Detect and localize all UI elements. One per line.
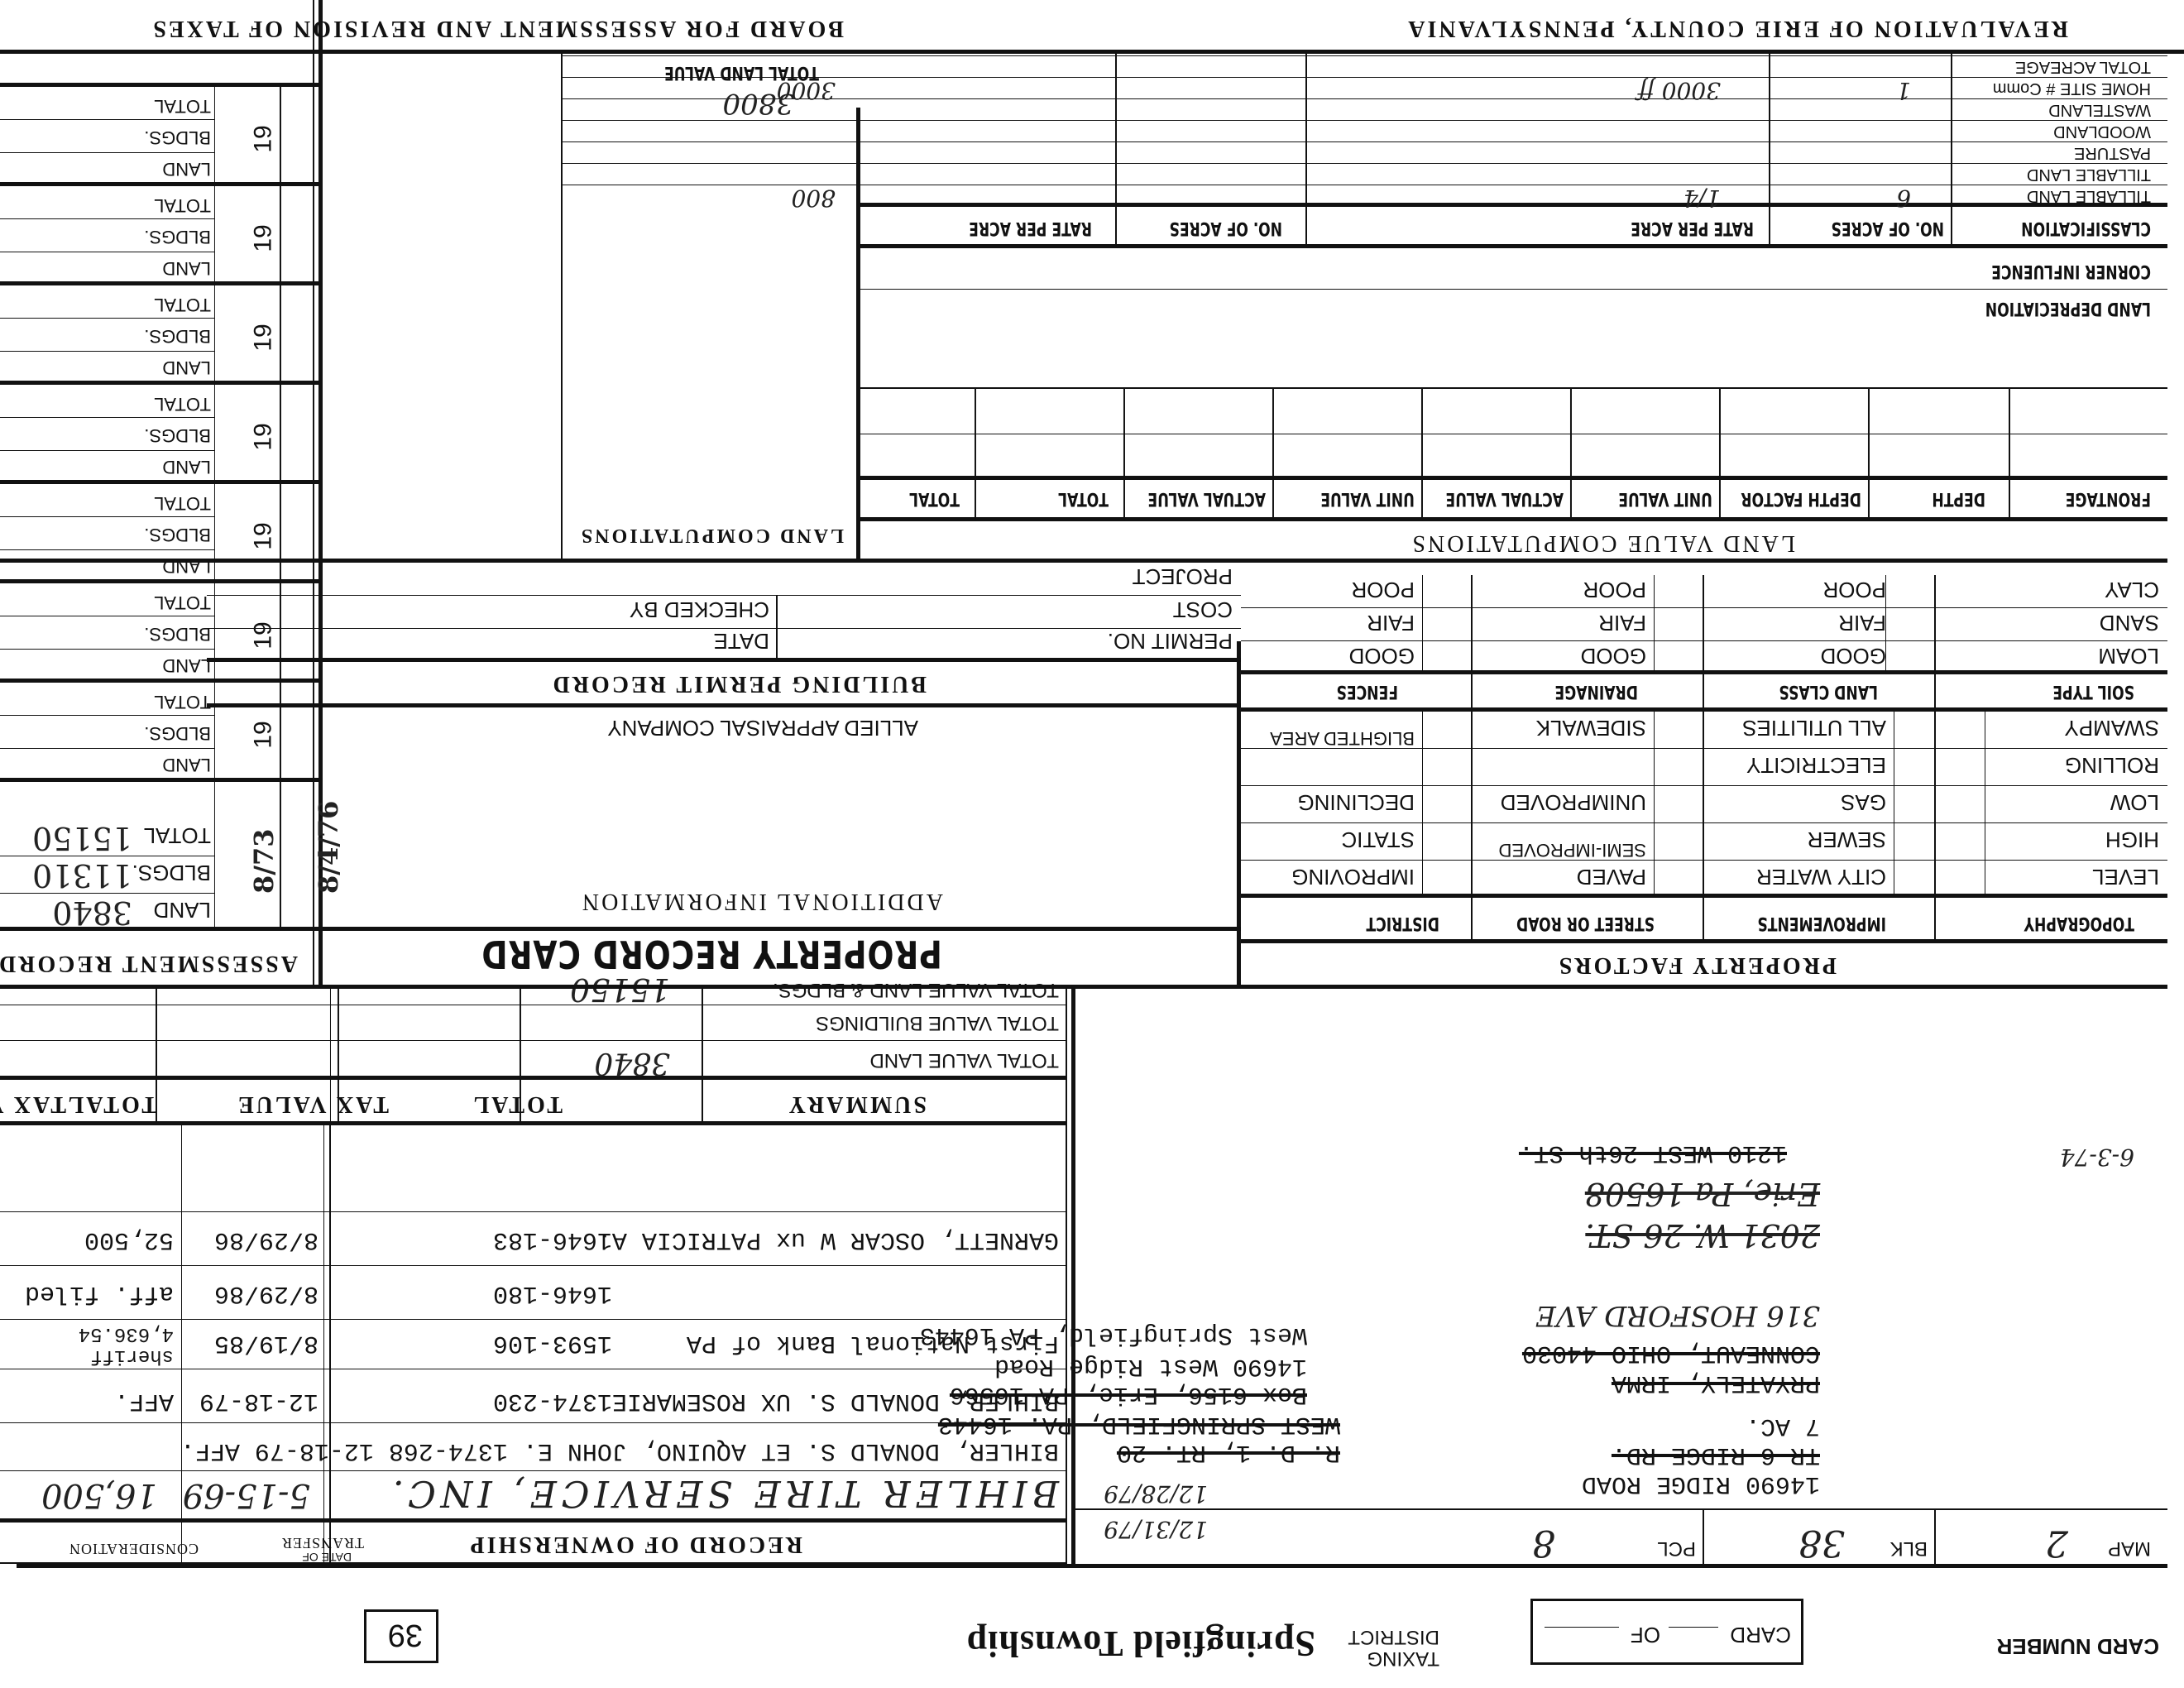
factor-col-district: DISTRICT [1366,913,1439,933]
land-depreciation-label: LAND DEPRECIATION [1985,298,2151,319]
address-line: 316 HOSFORD AVE [1535,1299,1820,1332]
blk-value: 38 [1798,1522,1845,1564]
district-label: DISTRICT [1348,1625,1439,1648]
col-unit-value-2: UNIT VALUE [1320,488,1415,509]
taxing-district-value: Springfield Township [966,1623,1315,1665]
summary-row-label: TOTAL VALUE LAND [869,1048,1059,1072]
card-number-label: CARD NUMBER [1997,1633,2159,1659]
appraisal-company: ALLIED APPRAISAL COMPANY [607,715,918,741]
land-class-poor[interactable]: POOR [1822,577,1886,602]
owner-date: 8/29/86 [214,1225,318,1254]
assessment-total-value: 15150 [32,820,132,856]
factor-blighted-area[interactable]: BLIGHTED AREA [1249,729,1415,747]
acreage-row-acres: 6 [1896,185,1911,212]
factor-unimproved[interactable]: UNIMPROVED [1501,789,1646,815]
map-label: MAP [2108,1537,2151,1560]
acreage-row-rate: 3000 ff [1638,77,1721,104]
owner-date: 5-15-69 [183,1476,310,1514]
assessment-row-label: TOTAL [154,294,211,315]
factor-electricity[interactable]: ELECTRICITY [1746,752,1886,778]
page-number-box: 39 [364,1609,438,1663]
assessment-row-label: TOTAL [154,95,211,117]
date-of-label: DATE OF [302,1551,352,1564]
revaluation-title: REVALUATION OF ERIE COUNTY, PENNSYLVANIA [1406,15,2068,41]
assessment-row-label: LAND [162,655,211,676]
owner-name: BIHLER, DONALD S. ET AQUINO, JOHN E. 137… [180,1436,1059,1465]
property-factors-title: PROPERTY FACTORS [1557,952,1837,978]
col-unit-value: UNIT VALUE [1618,488,1712,509]
factor-level[interactable]: LEVEL [2092,864,2159,890]
owner-consideration: sheriff 4,636.54 [8,1322,174,1367]
drainage-fair[interactable]: FAIR [1598,610,1646,635]
assessment-row-label: TOTAL [154,393,211,415]
col-total: TOTAL [1058,488,1109,509]
address-line: PRYATELY, IRMA [1612,1369,1820,1397]
factor-loam[interactable]: LOAM [2098,643,2159,669]
factor-declining[interactable]: DECLINING [1297,789,1415,815]
col-classification: CLASSIFICATION [2021,218,2151,238]
summary-row-label: TOTAL VALUE BUILDINGS [816,1011,1059,1034]
assessment-row-label: TOTAL [154,691,211,712]
factor-semi-improved[interactable]: SEMI-IMPROVED [1481,841,1646,859]
assessment-row-label: TOTAL [154,194,211,216]
permit-project-label: PROJECT [1133,563,1233,589]
acreage-row-acres: 1 [1896,77,1911,104]
factor-sewer[interactable]: SEWER [1808,827,1886,852]
assessment-row-label: BLDGS. [144,226,211,247]
map-value: 2 [2045,1522,2068,1564]
col-actual-value: ACTUAL VALUE [1445,488,1564,509]
col-no-of-acres: NO. OF ACRES [1831,218,1944,238]
factor-all-utilities[interactable]: ALL UTILITIES [1742,715,1886,741]
land-computations-label: LAND COMPUTATIONS [579,524,844,546]
assessment-year: 8/73 [248,829,280,894]
land-value-computations-title: LAND VALUE COMPUTATIONS [1410,530,1795,556]
owner-consideration: 16,500 [41,1476,157,1514]
owner-consideration: 52,500 [84,1225,174,1254]
acreage-row-label: WOODLAND [2053,122,2151,141]
acreage-row-label: HOME SITE # Comm [1993,79,2151,98]
factor-low[interactable]: LOW [2110,789,2159,815]
address-line: 2031 W. 26 ST. [1585,1217,1820,1254]
summary-col-total: TOTAL [472,1091,563,1117]
factor-static[interactable]: STATIC [1341,827,1415,852]
assessment-stamp: 8/4/76 [313,801,344,894]
factor-sidewalk[interactable]: SIDEWALK [1536,715,1646,741]
building-permit-title: BUILDING PERMIT RECORD [551,670,927,697]
address-date: 12/28/79 [1104,1480,1208,1508]
additional-info-title: ADDITIONAL INFORMATION [580,888,943,914]
assessment-year-prefix: 19 [249,423,277,450]
total-land-value: 3800 [722,87,794,120]
summary-row-label: TOTAL VALUE LAND & BLDGS. [773,978,1059,1001]
card-of-box: CARD OF [1530,1599,1803,1665]
pcl-value: 8 [1532,1522,1555,1564]
assessment-row-label: BLDGS. [144,524,211,545]
assessment-row-label: BLDGS. [144,722,211,744]
address-line: 1210 WEST 26th ST. [1519,1139,1787,1167]
summary-col-tax: TAX VALUE [236,1091,389,1117]
total-land-value-label: TOTAL LAND VALUE [664,62,819,83]
summary-row-total: 15150 [570,971,670,1008]
acreage-row-label: WASTELAND [2048,100,2151,119]
owner-deed: 1374-230 [493,1387,612,1415]
acreage-row-label: TILLABLE LAND [2027,186,2151,205]
assessment-year-prefix: 19 [249,324,277,351]
assessment-bldgs-label: BLDGS. [132,860,211,885]
property-record-card: CARD NUMBER CARD OF TAXING DISTRICT Spri… [0,0,2184,1688]
blk-label: BLK [1890,1537,1928,1560]
drainage-poor[interactable]: POOR [1583,577,1646,602]
assessment-row-label: BLDGS. [144,623,211,645]
assessment-year-prefix: 19 [249,224,277,252]
factor-swampy[interactable]: SWAMPY [2064,715,2159,741]
pcl-label: PCL [1657,1537,1696,1560]
permit-no-label: PERMIT NO. [1108,628,1233,654]
assessment-title: ASSESSMENT RECORD [0,950,298,976]
assessment-total-label: TOTAL [144,822,211,848]
transfer-label: TRANSFER [281,1534,364,1551]
permit-date-label: DATE [714,628,769,654]
ownership-title: RECORD OF OWNERSHIP [468,1531,802,1557]
fences-poor[interactable]: POOR [1351,577,1415,602]
acreage-row-rate: 1/4 [1683,185,1721,212]
factor-rolling[interactable]: ROLLING [2065,752,2159,778]
acreage-row-label: TILLABLE LAND [2027,165,2151,184]
assessment-row-label: LAND [162,456,211,477]
assessment-bldgs-value: 11310 [32,857,132,894]
owner-name: BIHLER TIRE SERVICE, INC. [388,1472,1059,1514]
board-title: BOARD FOR ASSESSMENT AND REVISION OF TAX… [151,15,844,41]
land-class-good[interactable]: GOOD [1821,643,1886,669]
factor-col-land-class: LAND CLASS [1779,681,1878,702]
assessment-row-label: TOTAL [154,592,211,613]
permit-cost-label: COST [1173,597,1233,622]
acreage-row-label: TOTAL ACREAGE [2015,57,2151,76]
assessment-year-prefix: 19 [249,721,277,748]
fences-good[interactable]: GOOD [1349,643,1415,669]
owner-date: 8/19/85 [214,1329,318,1357]
acreage-row-value: 800 [792,185,836,212]
assessment-land-value: 3840 [52,894,132,931]
permit-checked-by-label: CHECKED BY [630,597,769,622]
assessment-row-label: LAND [162,754,211,775]
col-frontage: FRONTAGE [2066,488,2151,509]
owner-date: 8/29/86 [214,1279,318,1307]
factor-col-fences: FENCES [1337,681,1398,702]
factor-sand[interactable]: SAND [2100,610,2159,635]
address-date: 12/31/79 [1104,1516,1208,1543]
owner-name: GARNETT, OSCAR W ux PATRICIA A. [597,1225,1059,1254]
factor-clay[interactable]: CLAY [2105,577,2159,602]
address-line: TR 6 RIDGE RD. [1612,1441,1820,1469]
summary-col-tax-2: TAX VALUE [0,1091,66,1117]
factor-city-water[interactable]: CITY WATER [1756,864,1886,890]
col-total-2: TOTAL [909,488,960,509]
owner-date: 12-18-79 [199,1387,318,1415]
of-label: OF [1631,1622,1660,1647]
assessment-row-label: LAND [162,257,211,279]
assessment-row-label: TOTAL [154,492,211,514]
address-line: CONNEAUT, OHIO 44030 [1522,1339,1820,1367]
owner-consideration: AFF. [114,1387,174,1415]
col-no-of-acres-2: NO. OF ACRES [1169,218,1282,238]
owner-deed: 1646-183 [493,1225,612,1254]
address-line: Erie, Pa 16508 [1585,1176,1820,1212]
col-rate-per-acre: RATE PER ACRE [1631,218,1754,238]
assessment-row-label: LAND [162,357,211,378]
assessment-year-prefix: 19 [249,522,277,549]
acreage-row-label: PASTURE [2074,143,2151,162]
factor-high[interactable]: HIGH [2105,827,2159,852]
factor-col-improvements: IMPROVEMENTS [1757,913,1886,933]
owner-name: BIHLER, DONALD S. UX ROSEMARIE [612,1387,1059,1415]
address-line: R. D. 1, RT. 20 [1117,1438,1340,1466]
address-line: 14690 RIDGE ROAD [1582,1470,1820,1498]
card-label: CARD [1730,1622,1791,1647]
factor-col-topography: TOPOGRAPHY [2024,913,2134,933]
summary-title: SUMMARY [787,1091,927,1117]
factor-gas[interactable]: GAS [1841,789,1886,815]
factor-col-soil: SOIL TYPE [2052,681,2134,702]
drainage-good[interactable]: GOOD [1581,643,1646,669]
assessment-row-label: BLDGS. [144,127,211,148]
page-number: 39 [388,1617,423,1652]
address-date: 6-3-74 [2060,1144,2134,1171]
owner-deed: 1593-106 [493,1329,612,1357]
taxing-label: TAXING [1367,1647,1439,1670]
col-actual-value-2: ACTUAL VALUE [1147,488,1266,509]
factor-improving[interactable]: IMPROVING [1291,864,1415,890]
factor-col-drainage: DRAINAGE [1554,681,1638,702]
owner-deed: 1646-180 [493,1279,612,1307]
owner-name: First National Bank of PA [687,1329,1059,1357]
address-line: 7 AC. [1746,1412,1820,1440]
card-title: PROPERTY RECORD CARD [481,932,941,976]
col-depth: DEPTH [1932,488,1985,509]
land-class-fair[interactable]: FAIR [1838,610,1886,635]
summary-col-total-2: TOTAL [66,1091,157,1117]
factor-paved[interactable]: PAVED [1577,864,1646,890]
consideration-label: CONSIDERATION [69,1540,199,1557]
assessment-year-prefix: 19 [249,125,277,152]
assessment-land-label: LAND [154,897,211,923]
col-depth-factor: DEPTH FACTOR [1741,488,1861,509]
corner-influence-label: CORNER INFLUENCE [1991,261,2151,281]
assessment-row-label: BLDGS. [144,325,211,347]
factor-col-street: STREET OR ROAD [1516,913,1655,933]
assessment-row-label: LAND [162,555,211,577]
owner-consideration: aff. filed [25,1279,174,1307]
assessment-row-label: LAND [162,158,211,180]
fences-fair[interactable]: FAIR [1367,610,1415,635]
summary-row-total: 3840 [594,1046,670,1080]
assessment-year-prefix: 19 [249,621,277,649]
assessment-row-label: BLDGS. [144,424,211,446]
col-rate-per-acre-2: RATE PER ACRE [969,218,1092,238]
